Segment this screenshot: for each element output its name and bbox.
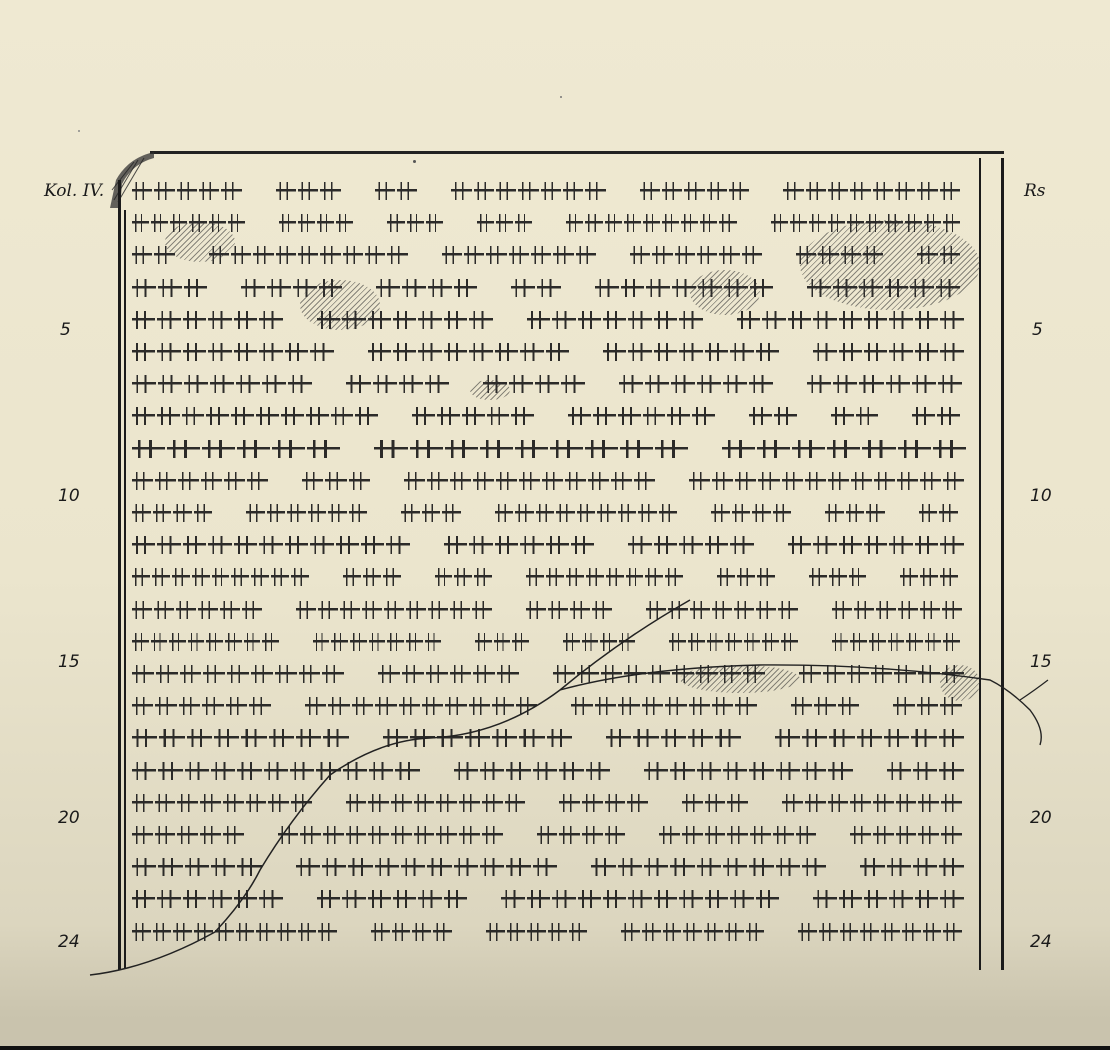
- cuneiform-sign: [646, 601, 666, 619]
- cuneiform-sign: [492, 697, 513, 715]
- cuneiform-sign: [480, 858, 504, 876]
- cuneiform-sign: [563, 633, 580, 651]
- cuneiform-sign: [839, 343, 862, 361]
- cuneiform-sign: [215, 923, 234, 941]
- cuneiform-sign: [662, 214, 679, 232]
- cuneiform-sign: [437, 407, 460, 425]
- cuneiform-sign: [444, 343, 467, 361]
- cuneiform-sign: [272, 440, 305, 458]
- cuneiform-sign: [418, 311, 441, 329]
- cuneiform-sign: [896, 794, 917, 812]
- cuneiform-sign: [173, 504, 192, 522]
- cuneiform-sign: [719, 246, 739, 264]
- cuneiform-sign: [246, 794, 267, 812]
- cuneiform-sign: [585, 214, 602, 232]
- cuneiform-sign: [241, 729, 266, 747]
- cuneiform-sign: [325, 472, 346, 490]
- cuneiform-word: [526, 600, 612, 620]
- cuneiform-sign: [343, 568, 361, 586]
- cuneiform-sign: [840, 923, 859, 941]
- cuneiform-sign: [275, 665, 297, 683]
- cuneiform-word: [813, 342, 964, 362]
- cuneiform-word: [669, 632, 797, 652]
- cuneiform-sign: [234, 536, 257, 554]
- cuneiform-sign: [328, 697, 349, 715]
- cuneiform-word: [782, 793, 962, 813]
- cuneiform-sign: [183, 536, 206, 554]
- damage-hatching: [300, 280, 380, 330]
- cuneiform-line: [132, 339, 987, 365]
- line-number-right: 24: [1030, 932, 1052, 952]
- cuneiform-sign: [915, 890, 938, 908]
- cuneiform-sign: [661, 729, 686, 747]
- cuneiform-sign: [712, 697, 733, 715]
- cuneiform-sign: [350, 633, 367, 651]
- cuneiform-sign: [132, 729, 157, 747]
- cuneiform-sign: [757, 440, 790, 458]
- cuneiform-sign: [873, 182, 893, 200]
- cuneiform-sign: [404, 472, 425, 490]
- cuneiform-sign: [756, 343, 779, 361]
- cuneiform-word: [900, 567, 958, 587]
- cuneiform-sign: [384, 601, 404, 619]
- cuneiform-sign: [705, 343, 728, 361]
- cuneiform-sign: [577, 504, 596, 522]
- cuneiform-sign: [374, 440, 407, 458]
- cuneiform-sign: [497, 665, 519, 683]
- cuneiform-sign: [401, 858, 425, 876]
- cuneiform-word: [832, 632, 960, 652]
- cuneiform-sign: [940, 568, 958, 586]
- cuneiform-sign: [548, 601, 568, 619]
- cuneiform-sign: [591, 858, 615, 876]
- cuneiform-word: [563, 632, 635, 652]
- cuneiform-sign: [860, 923, 879, 941]
- cuneiform-sign: [184, 279, 208, 297]
- cuneiform-sign: [247, 472, 268, 490]
- cuneiform-sign: [561, 375, 585, 393]
- cuneiform-sign: [654, 343, 677, 361]
- cuneiform-sign: [492, 729, 517, 747]
- cuneiform-sign: [688, 729, 713, 747]
- cuneiform-sign: [267, 504, 286, 522]
- cuneiform-sign: [495, 504, 514, 522]
- cuneiform-sign: [553, 665, 575, 683]
- cuneiform-sign: [375, 858, 399, 876]
- cuneiform-sign: [665, 697, 686, 715]
- cuneiform-line: [132, 725, 987, 751]
- cuneiform-sign: [298, 182, 318, 200]
- cuneiform-sign: [317, 214, 334, 232]
- cuneiform-sign: [183, 890, 206, 908]
- cuneiform-sign: [210, 375, 234, 393]
- damage-hatching: [690, 270, 760, 315]
- cuneiform-sign: [654, 311, 677, 329]
- cuneiform-sign: [495, 343, 518, 361]
- cuneiform-word: [737, 310, 964, 330]
- cuneiform-sign: [132, 633, 149, 651]
- cuneiform-sign: [839, 311, 862, 329]
- cuneiform-sign: [454, 568, 472, 586]
- cuneiform-word: [132, 310, 283, 330]
- cuneiform-sign: [828, 182, 848, 200]
- cuneiform-sign: [671, 375, 695, 393]
- cuneiform-sign: [802, 762, 826, 780]
- cuneiform-sign: [132, 214, 149, 232]
- cuneiform-sign: [211, 858, 235, 876]
- cuneiform-sign: [619, 375, 643, 393]
- cuneiform-sign: [201, 472, 222, 490]
- cuneiform-word: [495, 503, 678, 523]
- cuneiform-sign: [271, 568, 289, 586]
- cuneiform-sign: [395, 762, 419, 780]
- cuneiform-sign: [474, 568, 492, 586]
- cuneiform-sign: [838, 697, 859, 715]
- cuneiform-sign: [730, 890, 753, 908]
- cuneiform-sign: [192, 568, 210, 586]
- cuneiform-word: [606, 728, 741, 748]
- cuneiform-sign: [132, 858, 156, 876]
- cuneiform-sign: [535, 375, 559, 393]
- paper-speck: [560, 96, 562, 98]
- damage-hatching: [940, 665, 980, 701]
- cuneiform-word: [919, 503, 958, 523]
- cuneiform-word: [132, 567, 309, 587]
- cuneiform-sign: [874, 472, 895, 490]
- cuneiform-sign: [792, 440, 825, 458]
- cuneiform-sign: [183, 343, 206, 361]
- cuneiform-sign: [881, 923, 900, 941]
- cuneiform-sign: [428, 279, 452, 297]
- cuneiform-sign: [237, 858, 261, 876]
- cuneiform-sign: [860, 858, 884, 876]
- cuneiform-sign: [474, 182, 494, 200]
- cuneiform-sign: [578, 890, 601, 908]
- cuneiform-sign: [318, 923, 337, 941]
- cuneiform-sign: [895, 182, 915, 200]
- cuneiform-sign: [559, 826, 580, 844]
- cuneiform-sign: [383, 729, 408, 747]
- cuneiform-word: [559, 793, 648, 813]
- cuneiform-sign: [652, 246, 672, 264]
- cuneiform-sign: [586, 762, 610, 780]
- cuneiform-sign: [912, 407, 935, 425]
- cuneiform-word: [346, 374, 448, 394]
- cuneiform-sign: [889, 311, 912, 329]
- cuneiform-sign: [331, 407, 354, 425]
- cuneiform-word: [807, 374, 961, 394]
- cuneiform-sign: [387, 246, 407, 264]
- cuneiform-sign: [633, 729, 658, 747]
- cuneiform-word: [132, 503, 212, 523]
- cuneiform-sign: [331, 633, 348, 651]
- cuneiform-sign: [349, 504, 368, 522]
- cuneiform-sign: [829, 729, 854, 747]
- cuneiform-sign: [259, 311, 282, 329]
- cuneiform-sign: [618, 697, 639, 715]
- cuneiform-word: [296, 857, 557, 877]
- cuneiform-sign: [155, 826, 176, 844]
- cuneiform-sign: [469, 311, 492, 329]
- cuneiform-sign: [565, 472, 586, 490]
- cuneiform-sign: [762, 311, 785, 329]
- cuneiform-sign: [155, 472, 176, 490]
- cuneiform-sign: [682, 794, 703, 812]
- cuneiform-sign: [828, 472, 849, 490]
- cuneiform-sign: [268, 794, 289, 812]
- cuneiform-sign: [781, 633, 798, 651]
- cuneiform-word: [511, 278, 561, 298]
- cuneiform-sign: [185, 762, 209, 780]
- cuneiform-sign: [437, 729, 462, 747]
- cuneiform-sign: [228, 214, 245, 232]
- cuneiform-sign: [511, 407, 534, 425]
- cuneiform-word: [813, 889, 964, 909]
- cuneiform-word: [850, 825, 962, 845]
- cuneiform-sign: [577, 665, 599, 683]
- cuneiform-sign: [603, 311, 626, 329]
- cuneiform-sign: [832, 601, 852, 619]
- cuneiform-sign: [182, 407, 205, 425]
- cuneiform-sign: [469, 536, 492, 554]
- cuneiform-word: [209, 245, 408, 265]
- cuneiform-sign: [435, 568, 453, 586]
- cuneiform-sign: [515, 504, 534, 522]
- cuneiform-word: [317, 889, 468, 909]
- cuneiform-sign: [392, 923, 411, 941]
- cuneiform-sign: [469, 343, 492, 361]
- cuneiform-sign: [712, 472, 733, 490]
- cuneiform-sign: [585, 440, 618, 458]
- cuneiform-line: [132, 790, 987, 816]
- cuneiform-sign: [850, 633, 867, 651]
- cuneiform-sign: [285, 343, 308, 361]
- cuneiform-sign: [559, 762, 583, 780]
- cuneiform-sign: [646, 279, 670, 297]
- cuneiform-sign: [628, 536, 651, 554]
- cuneiform-word: [831, 406, 879, 426]
- cuneiform-sign: [208, 343, 231, 361]
- cuneiform-sign: [923, 923, 942, 941]
- cuneiform-sign: [281, 407, 304, 425]
- cuneiform-word: [775, 728, 964, 748]
- cuneiform-line: [132, 371, 987, 397]
- cuneiform-sign: [776, 858, 800, 876]
- cuneiform-sign: [132, 375, 156, 393]
- cuneiform-sign: [893, 697, 914, 715]
- cuneiform-word: [501, 889, 779, 909]
- cuneiform-sign: [644, 762, 668, 780]
- cuneiform-sign: [640, 182, 660, 200]
- cuneiform-sign: [571, 536, 594, 554]
- cuneiform-word: [486, 922, 588, 942]
- cuneiform-sign: [296, 601, 316, 619]
- cuneiform-sign: [712, 601, 732, 619]
- cuneiform-sign: [537, 279, 561, 297]
- cuneiform-sign: [425, 375, 449, 393]
- cuneiform-sign: [132, 246, 152, 264]
- cuneiform-sign: [655, 440, 688, 458]
- cuneiform-word: [376, 278, 477, 298]
- cuneiform-sign: [839, 536, 862, 554]
- cuneiform-sign: [582, 826, 603, 844]
- cuneiform-sign: [918, 826, 939, 844]
- cuneiform-sign: [393, 311, 416, 329]
- cuneiform-sign: [603, 343, 626, 361]
- cuneiform-sign: [857, 729, 882, 747]
- cuneiform-sign: [375, 182, 395, 200]
- cuneiform-sign: [871, 665, 893, 683]
- cuneiform-sign: [537, 826, 558, 844]
- cuneiform-sign: [225, 633, 242, 651]
- cuneiform-sign: [296, 858, 320, 876]
- cuneiform-sign: [864, 536, 887, 554]
- cuneiform-sign: [644, 858, 668, 876]
- cuneiform-sign: [451, 182, 471, 200]
- cuneiform-sign: [200, 794, 221, 812]
- cuneiform-sign: [723, 762, 747, 780]
- cuneiform-sign: [854, 601, 874, 619]
- cuneiform-sign: [132, 890, 155, 908]
- cuneiform-sign: [621, 923, 640, 941]
- cuneiform-sign: [887, 858, 911, 876]
- line-number-left: 20: [58, 808, 80, 828]
- cuneiform-sign: [813, 343, 836, 361]
- cuneiform-sign: [236, 375, 260, 393]
- cuneiform-sign: [849, 568, 867, 586]
- cuneiform-sign: [320, 182, 340, 200]
- cuneiform-sign: [422, 697, 443, 715]
- cuneiform-sign: [444, 890, 467, 908]
- cuneiform-sign: [663, 923, 682, 941]
- cuneiform-sign: [605, 214, 622, 232]
- cuneiform-sign: [943, 923, 962, 941]
- column-label-left: Kol. IV.: [44, 181, 104, 201]
- cuneiform-word: [302, 471, 369, 491]
- cuneiform-sign: [464, 246, 484, 264]
- cuneiform-sign: [898, 601, 918, 619]
- cuneiform-sign: [519, 729, 544, 747]
- cuneiform-sign: [940, 890, 963, 908]
- cuneiform-word: [444, 535, 595, 555]
- cuneiform-sign: [730, 343, 753, 361]
- cuneiform-sign: [368, 343, 391, 361]
- cuneiform-sign: [407, 214, 424, 232]
- cuneiform-sign: [340, 601, 360, 619]
- cuneiform-sign: [386, 536, 409, 554]
- cuneiform-sign: [414, 826, 435, 844]
- cuneiform-sign: [285, 536, 308, 554]
- cuneiform-sign: [473, 472, 494, 490]
- cuneiform-sign: [269, 729, 294, 747]
- cuneiform-sign: [547, 729, 572, 747]
- cuneiform-sign: [515, 214, 532, 232]
- cuneiform-sign: [807, 375, 831, 393]
- cuneiform-sign: [442, 504, 461, 522]
- cuneiform-sign: [527, 890, 550, 908]
- cuneiform-word: [646, 600, 798, 620]
- cuneiform-sign: [323, 826, 344, 844]
- cuneiform-word: [860, 857, 963, 877]
- cuneiform-line: [132, 436, 987, 462]
- cuneiform-sign: [778, 601, 798, 619]
- cuneiform-sign: [938, 375, 962, 393]
- cuneiform-sign: [707, 633, 724, 651]
- cuneiform-sign: [939, 858, 963, 876]
- cuneiform-sign: [618, 407, 641, 425]
- cuneiform-sign: [813, 890, 836, 908]
- cuneiform-sign: [401, 504, 420, 522]
- cuneiform-sign: [884, 729, 909, 747]
- cuneiform-word: [435, 567, 493, 587]
- cuneiform-sign: [679, 890, 702, 908]
- cuneiform-sign: [888, 633, 905, 651]
- cuneiform-sign: [595, 279, 619, 297]
- cuneiform-sign: [368, 826, 389, 844]
- cuneiform-word: [825, 503, 885, 523]
- cuneiform-sign: [791, 697, 812, 715]
- cuneiform-line: [132, 629, 987, 655]
- cuneiform-sign: [550, 440, 583, 458]
- cuneiform-sign: [571, 697, 592, 715]
- cuneiform-sign: [391, 794, 412, 812]
- cuneiform-sign: [194, 923, 213, 941]
- cuneiform-sign: [546, 568, 564, 586]
- cuneiform-sign: [472, 601, 492, 619]
- cuneiform-sign: [185, 858, 209, 876]
- cuneiform-sign: [158, 858, 182, 876]
- cuneiform-sign: [262, 633, 279, 651]
- cuneiform-sign: [659, 504, 678, 522]
- cuneiform-sign: [346, 826, 367, 844]
- cuneiform-sign: [805, 794, 826, 812]
- cuneiform-sign: [585, 182, 605, 200]
- cuneiform-sign: [279, 214, 296, 232]
- cuneiform-word: [912, 406, 960, 426]
- cuneiform-sign: [259, 536, 282, 554]
- cuneiform-sign: [154, 182, 174, 200]
- cuneiform-sign: [486, 923, 505, 941]
- cuneiform-word: [799, 664, 964, 684]
- cuneiform-word: [798, 922, 962, 942]
- cuneiform-sign: [586, 568, 604, 586]
- cuneiform-sign: [369, 762, 393, 780]
- cuneiform-sign: [937, 407, 960, 425]
- cuneiform-word: [619, 374, 773, 394]
- cuneiform-sign: [427, 858, 451, 876]
- cuneiform-sign: [526, 601, 546, 619]
- cuneiform-word: [343, 567, 401, 587]
- cuneiform-sign: [859, 375, 883, 393]
- cuneiform-sign: [399, 375, 423, 393]
- cuneiform-sign: [775, 729, 800, 747]
- cuneiform-word: [475, 632, 529, 652]
- cuneiform-sign: [241, 279, 265, 297]
- cuneiform-sign: [132, 504, 151, 522]
- cuneiform-word: [132, 922, 337, 942]
- column-label-right: Rs: [1024, 181, 1046, 201]
- cuneiform-line: [132, 919, 987, 945]
- cuneiform-sign: [662, 182, 682, 200]
- cuneiform-sign: [645, 568, 663, 586]
- line-number-right: 20: [1030, 808, 1052, 828]
- cuneiform-sign: [306, 407, 329, 425]
- left-outer-rule: [118, 180, 121, 970]
- cuneiform-sign: [336, 536, 359, 554]
- cuneiform-word: [383, 728, 572, 748]
- cuneiform-sign: [900, 568, 918, 586]
- cuneiform-sign: [256, 923, 275, 941]
